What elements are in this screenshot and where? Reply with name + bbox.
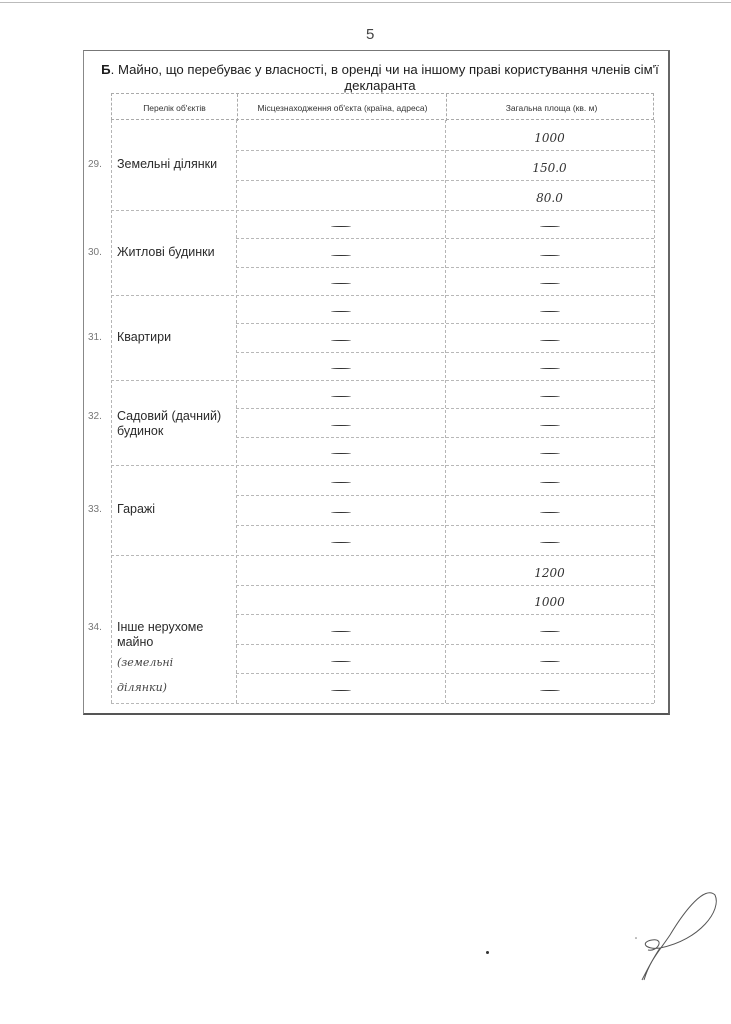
row-number: 30. — [88, 247, 102, 258]
area-dash — [540, 631, 560, 632]
area-dash — [540, 690, 560, 691]
area-dash — [540, 482, 560, 483]
subrow-divider — [236, 673, 654, 674]
col-border-right — [654, 120, 655, 703]
subrow-divider — [236, 323, 654, 324]
row-divider — [111, 210, 654, 211]
subrow-divider — [236, 644, 654, 645]
row-number: 34. — [88, 622, 102, 633]
header-objects: Перелік об'єктів — [112, 94, 237, 121]
col-border-left — [111, 120, 112, 703]
subrow-divider — [236, 495, 654, 496]
ink-dot — [486, 951, 489, 954]
row-label: Інше нерухоме майно — [117, 620, 227, 650]
table-header: Перелік об'єктів Місцезнаходження об'єкт… — [111, 93, 654, 120]
subrow-divider — [236, 238, 654, 239]
area-dash — [540, 512, 560, 513]
subrow-divider — [236, 585, 654, 586]
area-dash — [540, 283, 560, 284]
area-value: 1000 — [534, 131, 565, 145]
subrow-divider — [236, 150, 654, 151]
location-dash — [331, 453, 351, 454]
row-divider — [111, 465, 654, 466]
area-dash — [540, 425, 560, 426]
subrow-divider — [236, 180, 654, 181]
row-label: Квартири — [117, 330, 227, 345]
location-dash — [331, 396, 351, 397]
row-label: Земельні ділянки — [117, 157, 227, 172]
col-border-1 — [236, 120, 237, 703]
page-number: 5 — [366, 26, 374, 43]
row-note-line2: ділянки) — [117, 681, 167, 694]
row-divider — [111, 555, 654, 556]
location-dash — [331, 425, 351, 426]
area-dash — [540, 396, 560, 397]
row-label: Садовий (дачний) будинок — [117, 409, 227, 439]
location-dash — [331, 482, 351, 483]
location-dash — [331, 631, 351, 632]
area-dash — [540, 542, 560, 543]
location-dash — [331, 690, 351, 691]
row-number: 32. — [88, 411, 102, 422]
signature-icon — [630, 880, 720, 990]
area-value: 150.0 — [532, 161, 566, 175]
subrow-divider — [236, 408, 654, 409]
subrow-divider — [236, 437, 654, 438]
subrow-divider — [236, 352, 654, 353]
row-note-line1: (земельні — [117, 656, 173, 669]
location-dash — [331, 255, 351, 256]
location-dash — [331, 340, 351, 341]
area-dash — [540, 311, 560, 312]
location-dash — [331, 542, 351, 543]
location-dash — [331, 661, 351, 662]
scan-edge-line — [0, 2, 731, 3]
row-number: 33. — [88, 504, 102, 515]
location-dash — [331, 226, 351, 227]
row-label: Житлові будинки — [117, 245, 227, 260]
area-dash — [540, 226, 560, 227]
col-border-2 — [445, 120, 446, 703]
header-area: Загальна площа (кв. м) — [446, 94, 656, 121]
area-dash — [540, 368, 560, 369]
header-location: Місцезнаходження об'єкта (країна, адреса… — [237, 94, 447, 121]
row-divider — [111, 703, 654, 704]
area-value: 1000 — [534, 595, 565, 609]
subrow-divider — [236, 267, 654, 268]
row-divider — [111, 295, 654, 296]
subrow-divider — [236, 525, 654, 526]
section-title: Б. Майно, що перебуває у власності, в ор… — [100, 62, 660, 94]
area-dash — [540, 255, 560, 256]
section-letter: Б — [101, 62, 110, 77]
row-number: 29. — [88, 159, 102, 170]
subrow-divider — [236, 614, 654, 615]
area-value: 80.0 — [536, 191, 563, 205]
area-dash — [540, 453, 560, 454]
location-dash — [331, 512, 351, 513]
area-dash — [540, 340, 560, 341]
row-label: Гаражі — [117, 502, 227, 517]
area-value: 1200 — [534, 566, 565, 580]
section-title-text: . Майно, що перебуває у власності, в оре… — [111, 62, 659, 93]
row-divider — [111, 380, 654, 381]
row-number: 31. — [88, 332, 102, 343]
location-dash — [331, 283, 351, 284]
area-dash — [540, 661, 560, 662]
location-dash — [331, 311, 351, 312]
location-dash — [331, 368, 351, 369]
